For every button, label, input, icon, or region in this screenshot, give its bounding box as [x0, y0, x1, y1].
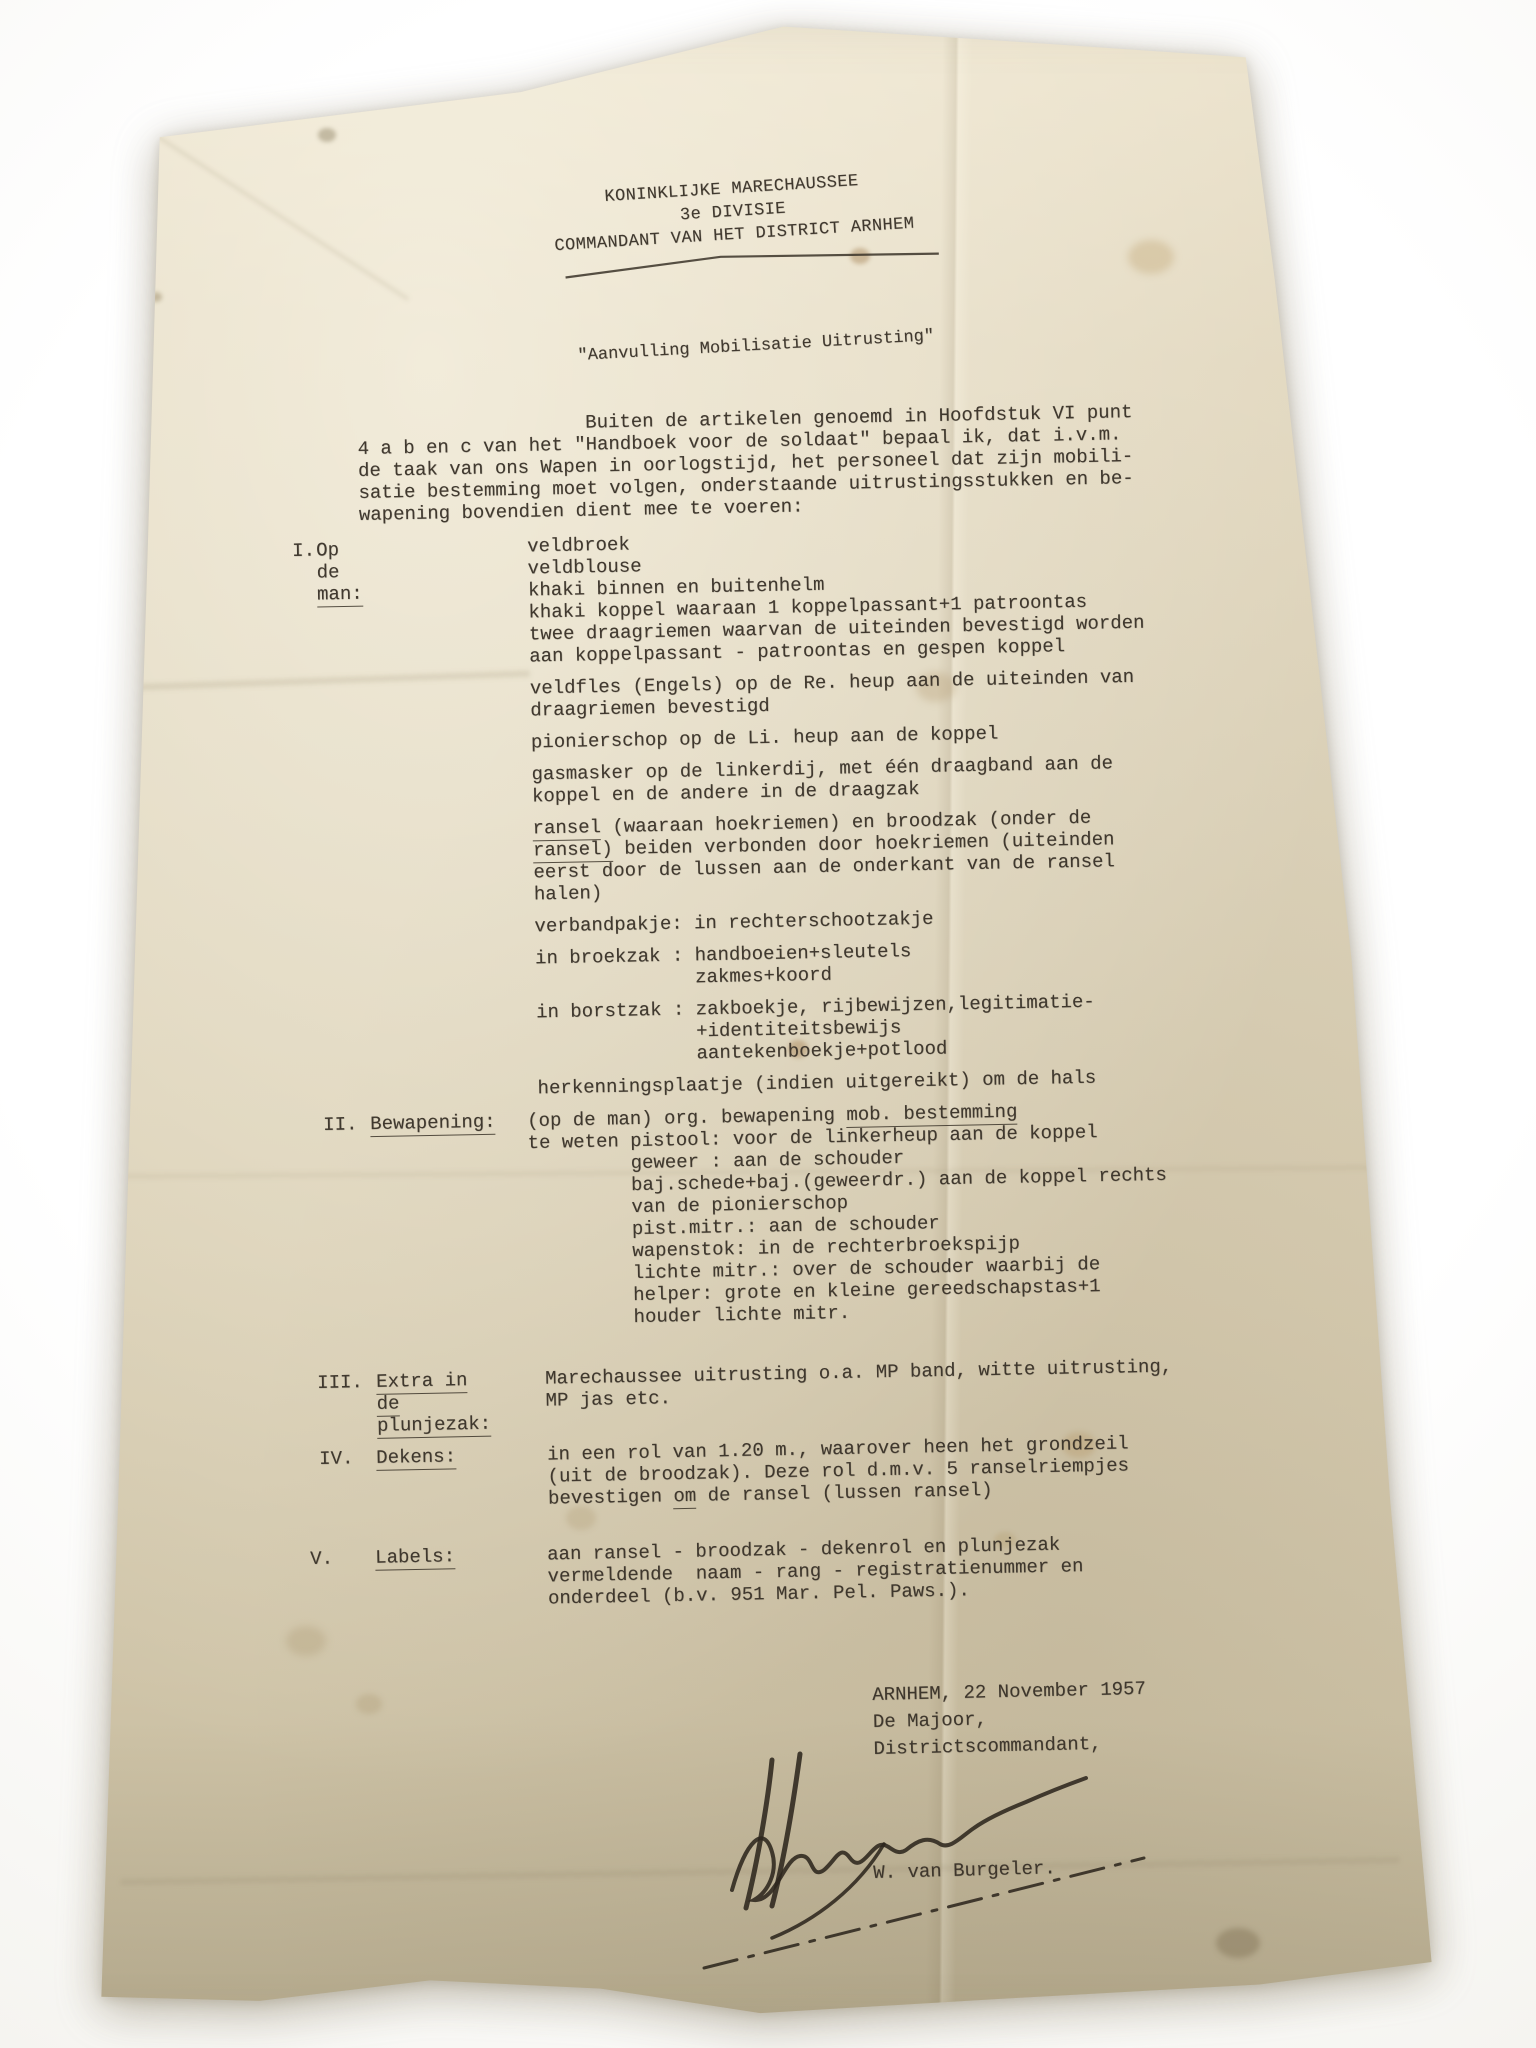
equipment-lines: veldbroek veldblouse khaki binnen en bui…	[527, 524, 1145, 668]
section-label-line: plunjezak:	[377, 1413, 491, 1439]
stain	[1128, 240, 1174, 274]
equipment-lines: herkenningsplaatje (indien uitgereikt) o…	[537, 1066, 1153, 1100]
handwritten-signature	[688, 1740, 1158, 1980]
line-text: bevestigen om de ransel (lussen ransel)	[548, 1476, 1130, 1509]
typewritten-text-layer: KONINKLIJKE MARECHAUSSEE 3e DIVISIE COMM…	[0, 0, 1536, 2048]
letterhead: KONINKLIJKE MARECHAUSSEE 3e DIVISIE COMM…	[431, 159, 1034, 266]
underlined-word: ransel)	[533, 838, 613, 864]
underlined-word: mob. bestemming	[846, 1101, 1017, 1128]
stain	[916, 672, 956, 702]
section-label: Dekens:	[376, 1445, 456, 1471]
section-label-line: Extra in de	[376, 1369, 468, 1417]
letterhead-line-3: COMMANDANT VAN HET DISTRICT ARNHEM	[434, 205, 1034, 266]
equipment-lines: verbandpakje: in rechterschootzakje	[534, 904, 1150, 938]
section-numeral: V.	[310, 1548, 333, 1570]
equipment-lines: pionierschop op de Li. heup aan de koppe…	[531, 720, 1147, 754]
letterhead-rule	[563, 239, 944, 284]
underlined-word: om	[673, 1485, 696, 1509]
horizontal-crease	[100, 668, 530, 693]
stain	[356, 1694, 382, 1714]
diagonal-crease	[147, 128, 410, 302]
line-text: bevestigen	[548, 1485, 674, 1509]
stain	[566, 1506, 596, 1530]
section-content: in een rol van 1.20 m., waarover heen he…	[547, 1432, 1130, 1509]
weapon-lines: te weten pistool: voor de linkerheup aan…	[527, 1120, 1169, 1330]
paper: KONINKLIJKE MARECHAUSSEE 3e DIVISIE COMM…	[0, 0, 1536, 2048]
section-content: (op de man) org. bewapening mob. bestemm…	[527, 1098, 1170, 1330]
stain	[850, 248, 870, 264]
equipment-lines: in borstzak : zakboekje, rijbewijzen,leg…	[536, 990, 1153, 1068]
section-content: aan ransel - broodzak - dekenrol en plun…	[547, 1533, 1084, 1609]
letterhead-line-2: 3e DIVISIE	[433, 182, 1033, 243]
line-text: eerst door de lussen aan de onderkant va…	[533, 850, 1115, 905]
signature-block: ARNHEM, 22 November 1957 De Majoor, Dist…	[872, 1676, 1147, 1763]
signer-rank: De Majoor,	[873, 1703, 1147, 1736]
stain	[994, 1532, 1016, 1548]
signer-function: Districtscommandant,	[873, 1730, 1147, 1763]
vertical-fold-crease	[925, 0, 973, 2048]
document-title: "Aanvulling Mobilisatie Uitrusting"	[577, 326, 935, 368]
typed-signer-name: W. van Burgeler.	[873, 1857, 1056, 1884]
section-label: Labels:	[375, 1545, 455, 1571]
line-text: de ransel (lussen ransel)	[696, 1479, 993, 1507]
section-numeral: I.	[292, 540, 315, 562]
equipment-lines: veldfles (Engels) op de Re. heup aan de …	[530, 666, 1146, 722]
section-numeral: IV.	[319, 1447, 354, 1470]
stain	[286, 1626, 326, 1656]
line-text: (waaraan hoekriemen) en broodzak (onder …	[601, 807, 1092, 838]
stain	[1216, 1928, 1260, 1958]
equipment-lines: in broekzak : handboeien+sleutels zakmes…	[535, 936, 1151, 992]
section-label: Op de man:	[316, 539, 363, 608]
section-numeral: III.	[317, 1371, 363, 1394]
section-label: Bewapening:	[370, 1111, 496, 1137]
horizontal-crease	[120, 1855, 1400, 1887]
section-numeral: II.	[323, 1113, 358, 1136]
intro-paragraph: Buiten de artikelen genoemd in Hoofdstuk…	[357, 401, 1134, 526]
place-and-date: ARNHEM, 22 November 1957	[872, 1676, 1146, 1709]
stain	[1062, 1432, 1096, 1458]
line-text: (op de man) org. bewapening mob. bestemm…	[527, 1098, 1166, 1132]
stain	[150, 292, 162, 302]
line-text: (op de man) org. bewapening	[527, 1104, 847, 1132]
section-content: veldbroek veldblouse khaki binnen en bui…	[527, 524, 1153, 1100]
letterhead-line-1: KONINKLIJKE MARECHAUSSEE	[431, 159, 1031, 220]
line-text: in een rol van 1.20 m., waarover heen he…	[547, 1432, 1129, 1487]
section-content: Marechaussee uitrusting o.a. MP band, wi…	[545, 1356, 1173, 1412]
stain	[318, 128, 336, 142]
equipment-lines: gasmasker op de linkerdij, met één draag…	[531, 752, 1147, 808]
bottom-shading	[0, 1720, 1536, 2048]
underlined-word: ransel	[532, 816, 601, 841]
line-text: beiden verbonden door hoekriemen (uitein…	[613, 828, 1115, 860]
section-label: Extra in de plunjezak:	[376, 1369, 491, 1437]
paper-photo: KONINKLIJKE MARECHAUSSEE 3e DIVISIE COMM…	[0, 0, 1536, 2048]
equipment-lines: ransel (waaraan hoekriemen) en broodzak …	[532, 806, 1149, 906]
horizontal-crease	[110, 1163, 1400, 1180]
photo-background: { "photo": { "paper_color": "#ddd3ba", "…	[0, 0, 1536, 2048]
stain	[788, 1040, 808, 1058]
